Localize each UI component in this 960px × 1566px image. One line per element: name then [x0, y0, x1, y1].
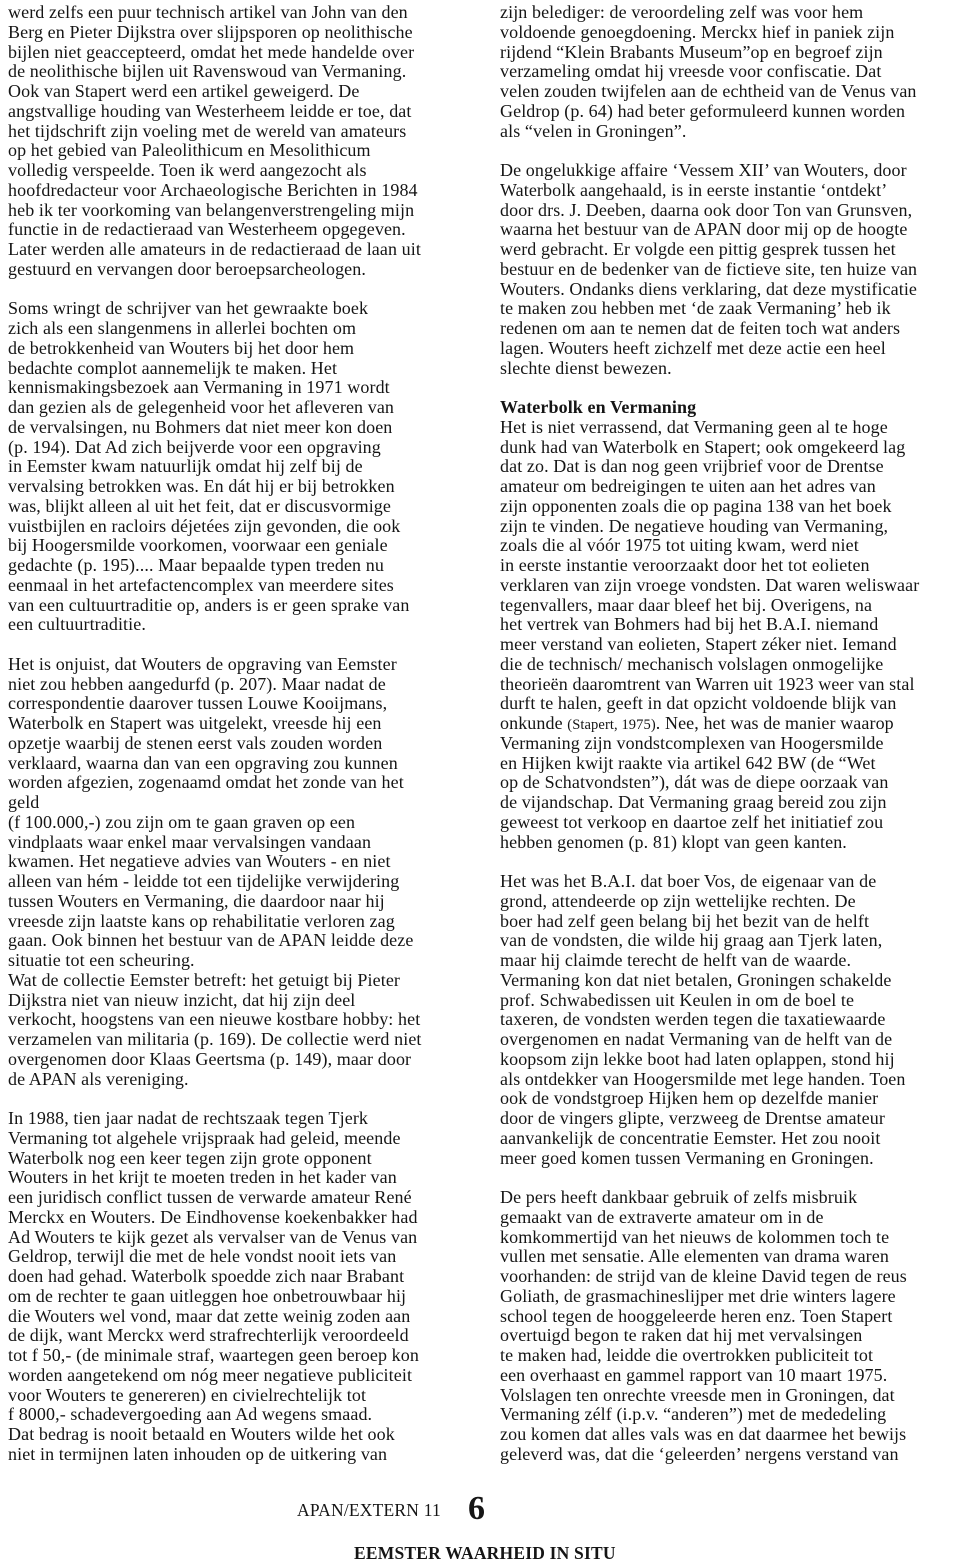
text-line: Berg en Pieter Dijkstra over slijpsporen… — [8, 23, 494, 43]
text-line: voor Wouters te genereren) en civielrech… — [8, 1386, 494, 1406]
text-line: overgenomen en nadat Vermaning van de he… — [500, 1030, 958, 1050]
text-line: aanvankelijk de concentratie Eemster. He… — [500, 1129, 958, 1149]
text-line: werd gebracht. Er volgde een pittig gesp… — [500, 240, 958, 260]
text-line: het tijdschrift zijn voeling met de were… — [8, 122, 494, 142]
text-line: in eerste instantie veroorzaakt door het… — [500, 556, 958, 576]
text-line: vindplaats waar enkel maar vervalsingen … — [8, 833, 494, 853]
text-line: Waterbolk aangehaald, is in eerste insta… — [500, 181, 958, 201]
text-line: Merckx en Wouters. De Eindhovense koeken… — [8, 1208, 494, 1228]
text-line: meer verstand van eolieten, Stapert zéke… — [500, 635, 958, 655]
page-number: 6 — [468, 1490, 485, 1528]
text-line: niet in termijnen laten inhouden op de u… — [8, 1445, 494, 1465]
text-line: volledig verspeelde. Toen ik werd aangez… — [8, 161, 494, 181]
text-line: te maken had, leidde die overtrokken pub… — [500, 1346, 958, 1366]
text-line: in Eemster kwam natuurlijk omdat hij zel… — [8, 457, 494, 477]
text-line: amateur om bedreigingen te uiten aan het… — [500, 477, 958, 497]
text-line: durft te halen, geeft in dat opzicht vol… — [500, 694, 958, 714]
text-line: niet zou hebben aangedurfd (p. 207). Maa… — [8, 675, 494, 695]
text-line: Dijkstra niet van nieuw inzicht, dat hij… — [8, 991, 494, 1011]
text-line — [500, 141, 958, 161]
text-line: taxeren, de vondsten werden tegen die ta… — [500, 1010, 958, 1030]
text-line: door de vingers glipte, verzweeg de Dren… — [500, 1109, 958, 1129]
text-line: eenmaal in het artefactencomplex van mee… — [8, 576, 494, 596]
text-line: een juridisch conflict tussen de verward… — [8, 1188, 494, 1208]
text-line: tussen Wouters en Vermaning, die daardoo… — [8, 892, 494, 912]
text-line: theorieën daaromtrent van Warren uit 192… — [500, 675, 958, 695]
text-line: Soms wringt de schrijver van het gewraak… — [8, 299, 494, 319]
text-line: gemaakt van de extraverte amateur om in … — [500, 1208, 958, 1228]
text-line: koopsom zijn lekke boot had laten oplapp… — [500, 1050, 958, 1070]
text-line: gedachte (p. 195).... Maar bepaalde type… — [8, 556, 494, 576]
text-line: gestuurd en vervangen door beroepsarcheo… — [8, 260, 494, 280]
text-line: zijn te vinden. De negatieve houding van… — [500, 517, 958, 537]
text-line: zou komen dat alles vals was en dat daar… — [500, 1425, 958, 1445]
text-line: verklaren van zijn vroege vondsten. Dat … — [500, 576, 958, 596]
text-line: lagen. Wouters heeft zichzelf met deze a… — [500, 339, 958, 359]
text-line: alleen van hém - leidde tot een tijdelij… — [8, 872, 494, 892]
text-line: bestuur en de bedenker van de fictieve s… — [500, 260, 958, 280]
text-line: een cultuurtraditie. — [8, 615, 494, 635]
section-heading: Waterbolk en Vermaning — [500, 398, 958, 418]
text-line: verzamelen van militaria (p. 169). De co… — [8, 1030, 494, 1050]
text-line: velen zouden twijfelen aan de echtheid v… — [500, 82, 958, 102]
text-line: dunk had van Waterbolk en Stapert; ook o… — [500, 438, 958, 458]
text-line: voldoende genoegdoening. Merckx hief in … — [500, 23, 958, 43]
text-line: meer goed komen tussen Vermaning en Gron… — [500, 1149, 958, 1169]
text-line: Vermaning zélf (i.p.v. “anderen”) met de… — [500, 1405, 958, 1425]
text-line: rijdend “Klein Brabants Museum”op en beg… — [500, 43, 958, 63]
text-line: opzetje waarbij de stenen eerst vals zou… — [8, 734, 494, 754]
text-line: die de technisch/ mechanisch volslagen o… — [500, 655, 958, 675]
text-line: de vijandschap. Dat Vermaning graag bere… — [500, 793, 958, 813]
text-line: zich als een slangenmens in allerlei boc… — [8, 319, 494, 339]
text-line: Vermaning zijn vondstcomplexen van Hooge… — [500, 734, 958, 754]
text-line: de vervalsingen, nu Bohmers dat niet mee… — [8, 418, 494, 438]
text-line: de APAN als vereniging. — [8, 1070, 494, 1090]
text-line: gaan. Ook binnen het bestuur van de APAN… — [8, 931, 494, 951]
text-line: De pers heeft dankbaar gebruik of zelfs … — [500, 1188, 958, 1208]
text-line: dan gezien als de gelegenheid voor het a… — [8, 398, 494, 418]
text-line: overtuigd begon te raken dat hij met ver… — [500, 1326, 958, 1346]
text-line: Wouters. Ondanks diens verklaring, dat d… — [500, 280, 958, 300]
text-line: school tegen de hooggeleerde heren enz. … — [500, 1307, 958, 1327]
left-column: werd zelfs een puur technisch artikel va… — [8, 3, 494, 1465]
text-line: angstvallige houding van Westerheem leid… — [8, 102, 494, 122]
text-line: Het is niet verrassend, dat Vermaning ge… — [500, 418, 958, 438]
text-line: bij Hoogersmilde voorkomen, voorwaar een… — [8, 536, 494, 556]
text-line: de betrokkenheid van Wouters bij het doo… — [8, 339, 494, 359]
text-line: correspondentie daarover tussen Louwe Ko… — [8, 694, 494, 714]
text-line: Dat bedrag is nooit betaald en Wouters w… — [8, 1425, 494, 1445]
text-line: doen had gehad. Waterbolk spoedde zich n… — [8, 1267, 494, 1287]
text-line: Ook van Stapert werd een artikel geweige… — [8, 82, 494, 102]
text-line: Wouters in het krijt te moeten treden in… — [8, 1168, 494, 1188]
text-segment: . Nee, het was de manier waarop — [656, 713, 894, 733]
text-line: verklaard, waarna dan van een opgraving … — [8, 754, 494, 774]
text-line: vervalsing betrokken was. En dát hij er … — [8, 477, 494, 497]
text-line: het vertrek van Bohmers had bij het B.A.… — [500, 615, 958, 635]
text-line: Waterbolk nog een keer tegen zijn grote … — [8, 1149, 494, 1169]
text-line: hebben genomen (p. 81) klopt van geen ka… — [500, 833, 958, 853]
text-line: als ontdekker van Hoogersmilde met lege … — [500, 1070, 958, 1090]
text-line: de neolithische bijlen uit Ravenswoud va… — [8, 62, 494, 82]
text-line: worden aangetekend om nóg meer negatieve… — [8, 1366, 494, 1386]
text-line: verkocht, hoogstens van een nieuwe kostb… — [8, 1010, 494, 1030]
text-line: zoals die al vóór 1975 tot uiting kwam, … — [500, 536, 958, 556]
text-line: zijn belediger: de veroordeling zelf was… — [500, 3, 958, 23]
text-line: op het gebied van Paleolithicum en Mesol… — [8, 141, 494, 161]
text-line: Het is onjuist, dat Wouters de opgraving… — [8, 655, 494, 675]
text-line: als “velen in Groningen”. — [500, 122, 958, 142]
text-line: Vermaning tot algehele vrijspraak had ge… — [8, 1129, 494, 1149]
text-line: vuistbijlen en racloirs déjetées zijn ge… — [8, 517, 494, 537]
text-line: Vermaning kon dat niet betalen, Groninge… — [500, 971, 958, 991]
text-line: kwamen. Het negatieve advies van Wouters… — [8, 852, 494, 872]
text-line: bijlen niet geaccepteerd, omdat het mede… — [8, 43, 494, 63]
footer-article-title: EEMSTER WAARHEID IN SITU — [354, 1543, 616, 1564]
text-line: functie in de redactieraad van Westerhee… — [8, 220, 494, 240]
text-line: geweest tot verkoop en daartoe zelf het … — [500, 813, 958, 833]
text-line: kennismakingsbezoek aan Vermaning in 197… — [8, 378, 494, 398]
text-line: geld — [8, 793, 494, 813]
text-line: voorhanden: de strijd van de kleine Davi… — [500, 1267, 958, 1287]
text-line — [500, 1168, 958, 1188]
text-line: ook de vondstgroep Hijken hem op dezelfd… — [500, 1089, 958, 1109]
text-line: was, blijkt alleen al uit het feit, dat … — [8, 497, 494, 517]
text-line: redenen om aan te nemen dat de feiten to… — [500, 319, 958, 339]
text-line: (p. 194). Dat Ad zich beijverde voor een… — [8, 438, 494, 458]
text-line: om de rechter te gaan uitleggen hoe onbe… — [8, 1287, 494, 1307]
text-line: een overhaast en gammel rapport van 10 m… — [500, 1366, 958, 1386]
text-line: verzameling omdat hij vreesde voor confi… — [500, 62, 958, 82]
text-line: Geldrop (p. 64) had beter geformuleerd k… — [500, 102, 958, 122]
text-line: op de Schatvondsten”), dát was de diepe … — [500, 773, 958, 793]
text-line: Later werden alle amateurs in de redacti… — [8, 240, 494, 260]
text-line: f 8000,- schadevergoeding aan Ad wegens … — [8, 1405, 494, 1425]
text-line: boer had zelf geen belang bij het bezit … — [500, 912, 958, 932]
text-line: te maken zou hebben met ‘de zaak Vermani… — [500, 299, 958, 319]
text-line — [8, 1089, 494, 1109]
footer-journal-label: APAN/EXTERN 11 — [297, 1500, 441, 1521]
document-page: werd zelfs een puur technisch artikel va… — [0, 0, 960, 1566]
text-segment: onkunde — [500, 713, 567, 733]
text-line: van een cultuurtraditie op, anders is er… — [8, 596, 494, 616]
text-line: geleverd was, dat die ‘geleerden’ nergen… — [500, 1445, 958, 1465]
text-line: Ad Wouters te kijk gezet als vervalser v… — [8, 1228, 494, 1248]
text-line: worden afgezien, zogenaamd omdat het zon… — [8, 773, 494, 793]
text-line: heb ik ter voorkoming van belangenverstr… — [8, 201, 494, 221]
text-line: Volslagen ten onrechte vreesde men in Gr… — [500, 1386, 958, 1406]
text-line: en Hijken kwijt raakte via artikel 642 B… — [500, 754, 958, 774]
text-line: vreesde zijn laatste kans op rehabilitat… — [8, 912, 494, 932]
text-line: werd zelfs een puur technisch artikel va… — [8, 3, 494, 23]
text-line: hoofdredacteur voor Archaeologische Beri… — [8, 181, 494, 201]
text-line: vullen met sensatie. Alle elementen van … — [500, 1247, 958, 1267]
text-line: In 1988, tien jaar nadat de rechtszaak t… — [8, 1109, 494, 1129]
text-line: grond, attendeerde op zijn wettelijke re… — [500, 892, 958, 912]
text-line: De ongelukkige affaire ‘Vessem XII’ van … — [500, 161, 958, 181]
text-line: Het was het B.A.I. dat boer Vos, de eige… — [500, 872, 958, 892]
text-line: van de vondsten, die wilde hij graag aan… — [500, 931, 958, 951]
text-line — [500, 852, 958, 872]
text-line: komkommertijd van het nieuws de kolommen… — [500, 1228, 958, 1248]
text-line — [8, 280, 494, 300]
text-line: zijn opponenten zoals die op pagina 138 … — [500, 497, 958, 517]
text-line: overgenomen door Klaas Geertsma (p. 149)… — [8, 1050, 494, 1070]
text-line: waarna het bestuur van de APAN door mij … — [500, 220, 958, 240]
text-line — [8, 635, 494, 655]
inline-citation: (Stapert, 1975) — [567, 717, 655, 733]
text-line: (f 100.000,-) zou zijn om te gaan graven… — [8, 813, 494, 833]
text-line: slechte dienst bewezen. — [500, 359, 958, 379]
text-line: tot f 50,- (de minimale straf, waartegen… — [8, 1346, 494, 1366]
text-line: de dijk, want Merckx werd strafrechterli… — [8, 1326, 494, 1346]
text-line: situatie tot een scheuring. — [8, 951, 494, 971]
right-column: zijn belediger: de veroordeling zelf was… — [500, 3, 958, 1465]
text-line: Wat de collectie Eemster betreft: het ge… — [8, 971, 494, 991]
text-line: dat zo. Dat is dan nog geen vrijbrief vo… — [500, 457, 958, 477]
text-line: die Wouters wel vond, maar dat zette wei… — [8, 1307, 494, 1327]
text-line: prof. Schwabedissen uit Keulen in om de … — [500, 991, 958, 1011]
text-line: Waterbolk en Stapert was uitgelekt, vree… — [8, 714, 494, 734]
text-line: onkunde (Stapert, 1975). Nee, het was de… — [500, 714, 958, 734]
text-line: bedachte complot aannemelijk te maken. H… — [8, 359, 494, 379]
text-line — [500, 378, 958, 398]
text-line: maar hij claimde terecht de helft van de… — [500, 951, 958, 971]
text-line: tegenvallers, maar daar bleef het bij. O… — [500, 596, 958, 616]
text-line: door drs. J. Deeben, daarna ook door Ton… — [500, 201, 958, 221]
text-line: Goliath, de grasmachineslijper met drie … — [500, 1287, 958, 1307]
text-line: Geldrop, terwijl die met de hele vondst … — [8, 1247, 494, 1267]
